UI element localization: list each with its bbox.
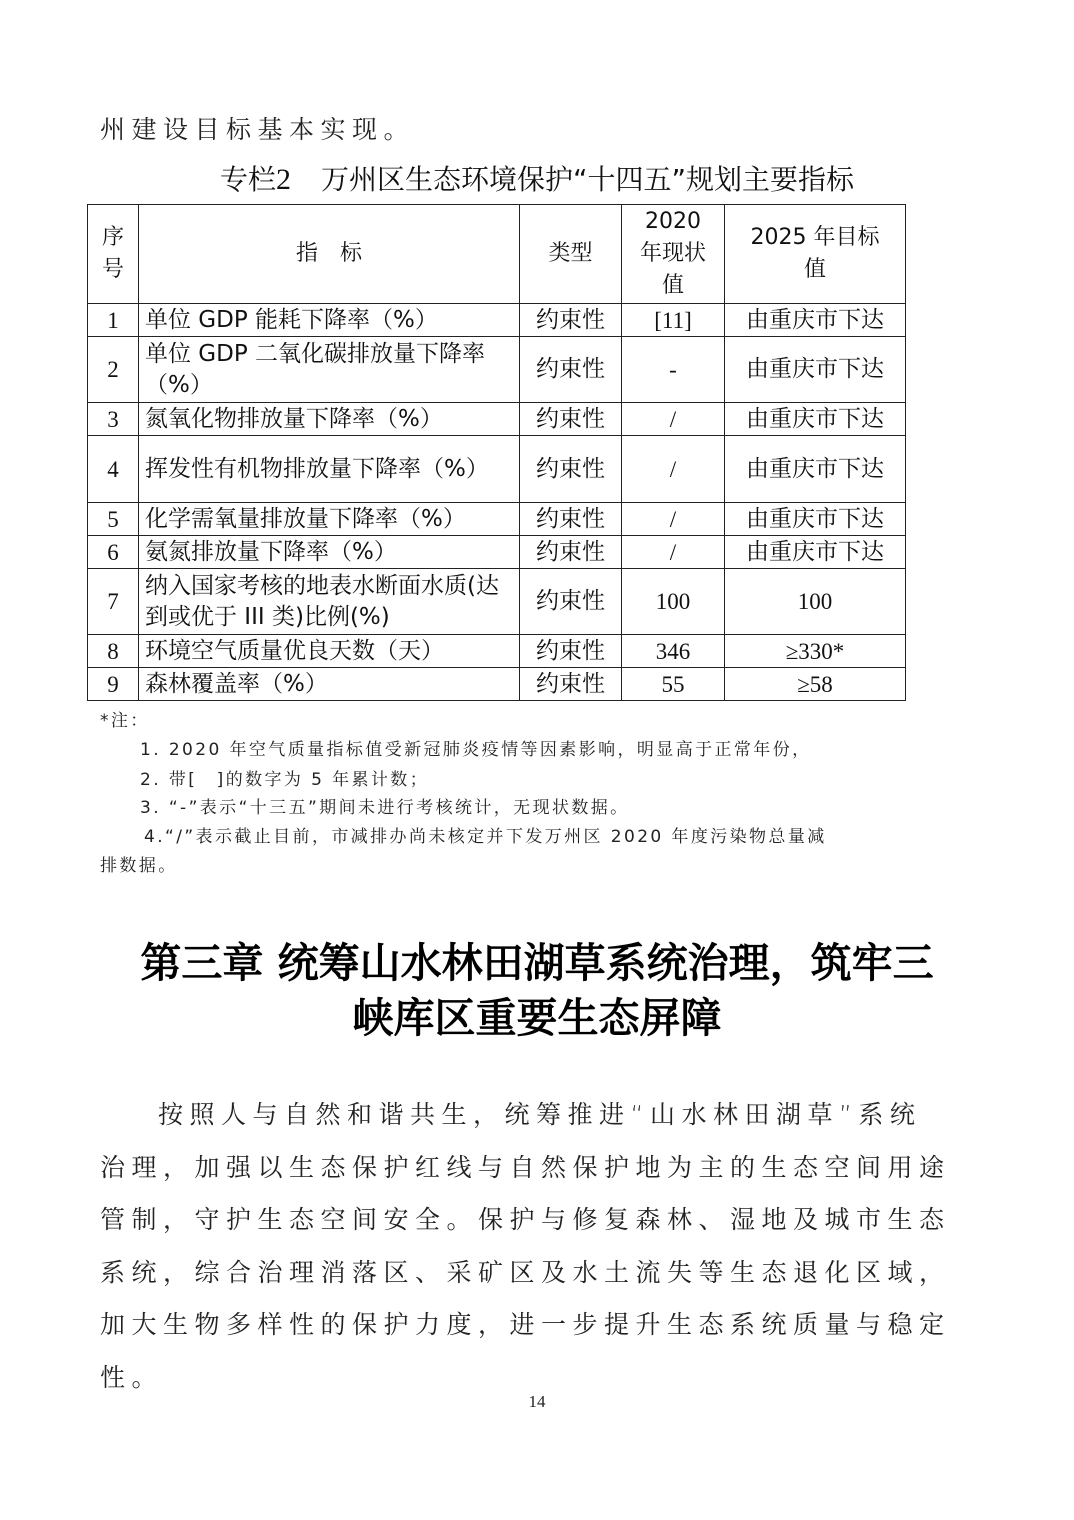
table-header-row: 序号 指 标 类型 2020 年现状值 2025 年目标值 (88, 205, 906, 304)
row-current: 100 (622, 569, 725, 635)
row-target: 由重庆市下达 (725, 536, 906, 569)
row-no: 9 (88, 668, 139, 701)
table-row: 7 纳入国家考核的地表水断面水质(达到或优于 III 类)比例(%) 约束性 1… (88, 569, 906, 635)
row-target: 由重庆市下达 (725, 436, 906, 503)
row-type: 约束性 (520, 536, 622, 569)
row-type: 约束性 (520, 635, 622, 668)
paragraph-line: 系统，综合治理消落区、采矿区及水土流失等生态退化区域， (100, 1253, 951, 1289)
row-type: 约束性 (520, 503, 622, 536)
table-caption: 专栏2万州区生态环境保护“十四五”规划主要指标 (0, 158, 1074, 198)
row-indicator: 单位 GDP 能耗下降率（%） (139, 304, 520, 337)
row-type: 约束性 (520, 403, 622, 436)
chapter-heading-line: 第三章 统筹山水林田湖草系统治理，筑牢三 (0, 930, 1074, 989)
continuation-line: 州建设目标基本实现。 (100, 110, 415, 146)
row-current: 346 (622, 635, 725, 668)
table-row: 4 挥发性有机物排放量下降率（%） 约束性 / 由重庆市下达 (88, 436, 906, 503)
row-indicator: 单位 GDP 二氧化碳排放量下降率（%） (139, 337, 520, 403)
caption-number: 2 (276, 163, 291, 196)
row-no: 3 (88, 403, 139, 436)
row-current: / (622, 503, 725, 536)
row-indicator: 氨氮排放量下降率（%） (139, 536, 520, 569)
note-item: 4.“/”表示截止目前，市减排办尚未核定并下发万州区 2020 年度污染物总量减 (144, 822, 827, 847)
row-type: 约束性 (520, 304, 622, 337)
row-no: 5 (88, 503, 139, 536)
row-no: 2 (88, 337, 139, 403)
header-type: 类型 (520, 205, 622, 304)
row-target: ≥58 (725, 668, 906, 701)
paragraph-line: 管制，守护生态空间安全。保护与修复森林、湿地及城市生态 (100, 1200, 951, 1236)
row-current: / (622, 436, 725, 503)
row-indicator: 森林覆盖率（%） (139, 668, 520, 701)
row-target: 由重庆市下达 (725, 337, 906, 403)
row-no: 8 (88, 635, 139, 668)
table-row: 1 单位 GDP 能耗下降率（%） 约束性 [11] 由重庆市下达 (88, 304, 906, 337)
table-row: 8 环境空气质量优良天数（天） 约束性 346 ≥330* (88, 635, 906, 668)
row-current: / (622, 403, 725, 436)
row-indicator: 挥发性有机物排放量下降率（%） (139, 436, 520, 503)
header-target-2025: 2025 年目标值 (725, 205, 906, 304)
notes-heading: *注： (100, 706, 150, 731)
header-no: 序号 (88, 205, 139, 304)
paragraph-line: 按照人与自然和谐共生，统筹推进“山水林田湖草”系统 (158, 1095, 921, 1131)
caption-title: 万州区生态环境保护“十四五”规划主要指标 (321, 163, 854, 196)
table-row: 5 化学需氧量排放量下降率（%） 约束性 / 由重庆市下达 (88, 503, 906, 536)
row-target: 由重庆市下达 (725, 503, 906, 536)
indicators-table: 序号 指 标 类型 2020 年现状值 2025 年目标值 1 单位 GDP 能… (87, 204, 906, 701)
table-row: 2 单位 GDP 二氧化碳排放量下降率（%） 约束性 - 由重庆市下达 (88, 337, 906, 403)
note-item: 1. 2020 年空气质量指标值受新冠肺炎疫情等因素影响，明显高于正常年份， (140, 735, 812, 760)
row-type: 约束性 (520, 436, 622, 503)
note-item: 排数据。 (100, 851, 178, 876)
page-number: 14 (0, 1392, 1074, 1412)
row-current: [11] (622, 304, 725, 337)
row-type: 约束性 (520, 569, 622, 635)
row-target: 由重庆市下达 (725, 304, 906, 337)
table-row: 6 氨氮排放量下降率（%） 约束性 / 由重庆市下达 (88, 536, 906, 569)
row-current: / (622, 536, 725, 569)
row-indicator: 纳入国家考核的地表水断面水质(达到或优于 III 类)比例(%) (139, 569, 520, 635)
row-indicator: 化学需氧量排放量下降率（%） (139, 503, 520, 536)
note-item: 2. 带[ ]的数字为 5 年累计数； (140, 765, 429, 790)
row-current: - (622, 337, 725, 403)
header-indicator: 指 标 (139, 205, 520, 304)
note-item: 3. “-”表示“十三五”期间未进行考核统计，无现状数据。 (140, 793, 630, 818)
row-target: 由重庆市下达 (725, 403, 906, 436)
caption-prefix: 专栏 (220, 163, 276, 196)
row-type: 约束性 (520, 337, 622, 403)
row-current: 55 (622, 668, 725, 701)
row-indicator: 环境空气质量优良天数（天） (139, 635, 520, 668)
header-current-2020: 2020 年现状值 (622, 205, 725, 304)
paragraph-line: 治理，加强以生态保护红线与自然保护地为主的生态空间用途 (100, 1148, 951, 1184)
row-no: 7 (88, 569, 139, 635)
chapter-heading-line: 峡库区重要生态屏障 (0, 985, 1074, 1044)
paragraph-line: 加大生物多样性的保护力度，进一步提升生态系统质量与稳定 (100, 1305, 951, 1341)
table-row: 9 森林覆盖率（%） 约束性 55 ≥58 (88, 668, 906, 701)
row-no: 1 (88, 304, 139, 337)
paragraph-line: 性。 (100, 1358, 163, 1394)
row-target: ≥330* (725, 635, 906, 668)
table-row: 3 氮氧化物排放量下降率（%） 约束性 / 由重庆市下达 (88, 403, 906, 436)
row-indicator: 氮氧化物排放量下降率（%） (139, 403, 520, 436)
row-type: 约束性 (520, 668, 622, 701)
row-no: 6 (88, 536, 139, 569)
row-target: 100 (725, 569, 906, 635)
row-no: 4 (88, 436, 139, 503)
